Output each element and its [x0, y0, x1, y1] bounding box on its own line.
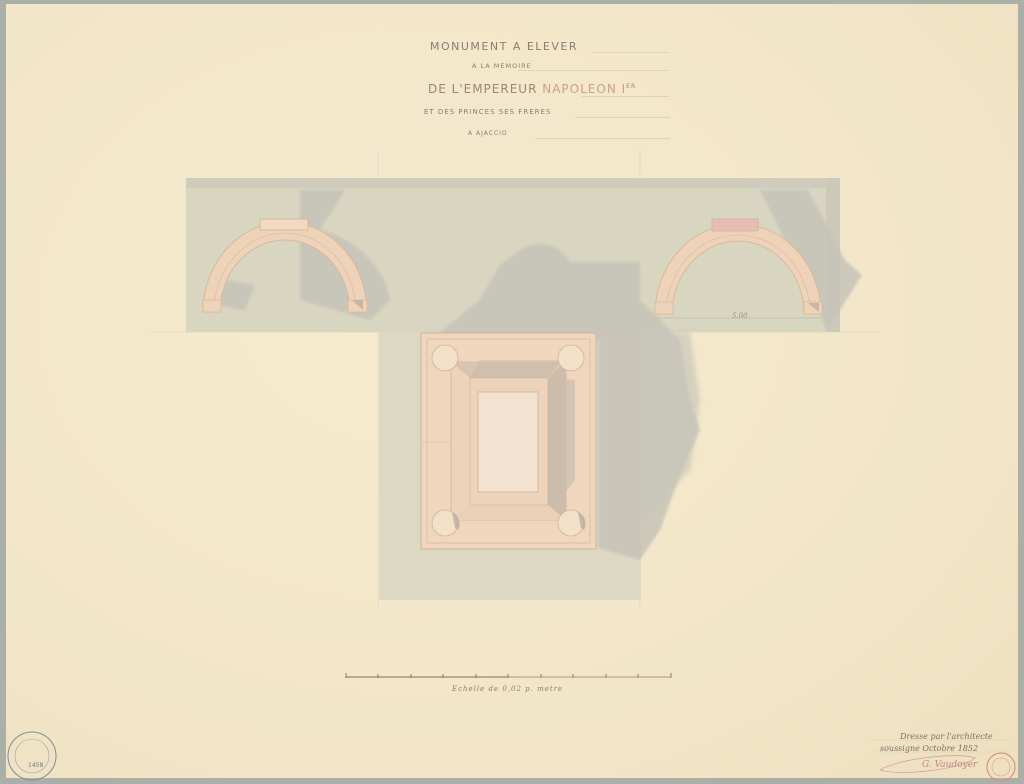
- signature-line-1: Dresse par l'architecte: [900, 732, 993, 741]
- central-monument: [421, 333, 596, 549]
- signature: G. Vaudoyer: [922, 760, 977, 770]
- scale-label: Echelle de 0,02 p. metre: [452, 685, 563, 693]
- dimension-label: 5.00: [732, 312, 748, 320]
- archive-stamp-right: [987, 753, 1015, 781]
- stamp-number: 1458: [28, 762, 43, 769]
- archive-stamp-left: [8, 732, 56, 780]
- signature-line-2: soussigne Octobre 1852: [880, 744, 978, 753]
- architectural-plan: [0, 0, 1024, 784]
